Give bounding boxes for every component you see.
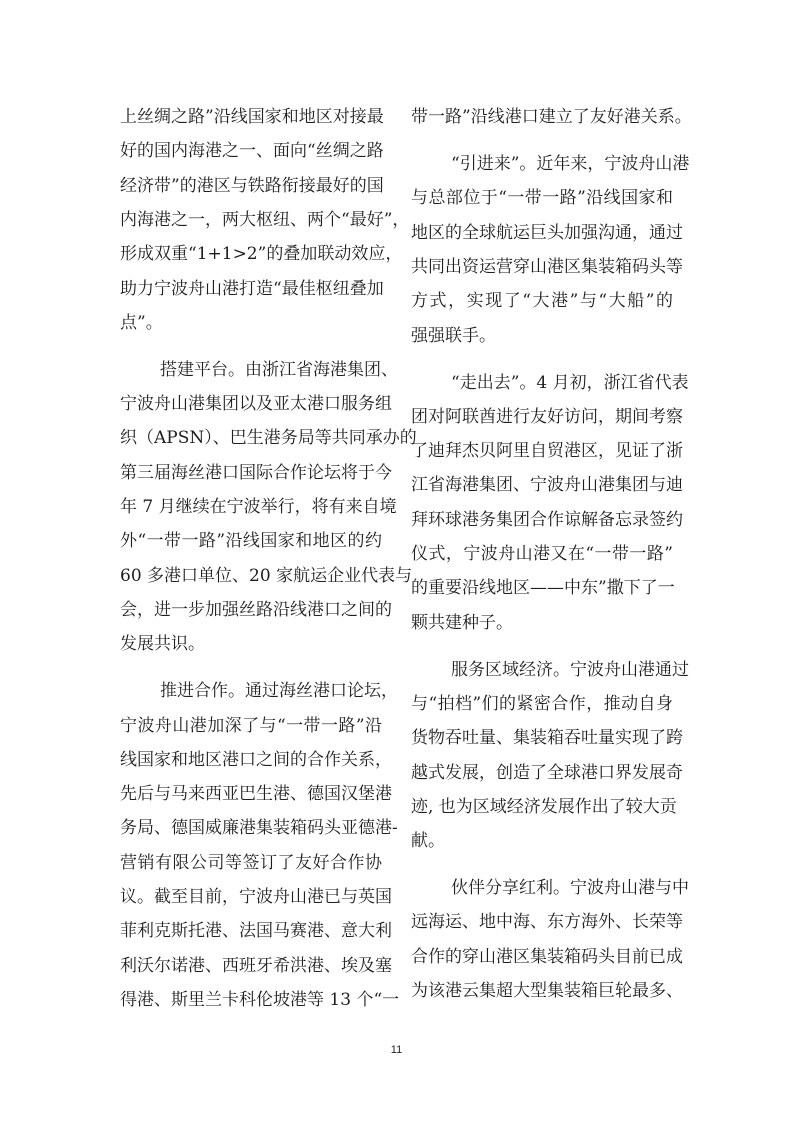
text-line: 了迪拜杰贝阿里自贸港区，见证了浙: [411, 439, 673, 463]
text-line: 点”。: [120, 311, 382, 335]
text-line: 内海港之一，两大枢纽、两个“最好”，: [120, 208, 382, 232]
text-line: 共同出资运营穿山港区集装箱码头等: [411, 255, 673, 279]
text-line: 年 7 月继续在宁波举行，将有来自境: [120, 495, 382, 519]
text-line: 经济带”的港区与铁路衔接最好的国: [120, 174, 382, 198]
text-line: 好的国内海港之一、面向“丝绸之路: [120, 139, 382, 163]
text-line: 拜环球港务集团合作谅解备忘录签约: [411, 508, 673, 532]
text-line: 江省海港集团、宁波舟山港集团与迪: [411, 473, 673, 497]
text-line: 仪式，宁波舟山港又在“一带一路”: [411, 542, 673, 566]
text-line: 强强联手。: [411, 324, 673, 348]
text-line: 上丝绸之路”沿线国家和地区对接最: [120, 105, 382, 129]
text-line: 发展共识。: [120, 632, 382, 656]
text-line: 合作的穿山港区集装箱码头目前已成: [411, 945, 673, 969]
document-page: 上丝绸之路”沿线国家和地区对接最好的国内海港之一、面向“丝绸之路经济带”的港区与…: [0, 0, 793, 1123]
text-line: “引进来”。近年来，宁波舟山港: [451, 152, 673, 176]
text-line: 地区的全球航运巨头加强沟通，通过: [411, 221, 673, 245]
text-line: 得港、斯里兰卡科伦坡港等 13 个“一: [120, 988, 382, 1012]
text-line: 搭建平台。由浙江省海港集团、: [160, 358, 382, 382]
text-line: 利沃尔诺港、西班牙希洪港、埃及塞: [120, 954, 382, 978]
text-line: 为该港云集超大型集装箱巨轮最多、: [411, 979, 673, 1003]
text-line: 带一路”沿线港口建立了友好港关系。: [411, 105, 673, 129]
text-line: 团对阿联酋进行友好访问，期间考察: [411, 405, 673, 429]
text-line: 迹, 也为区域经济发展作出了较大贡: [411, 795, 673, 819]
text-line: 外“一带一路”沿线国家和地区的约: [120, 529, 382, 553]
text-line: 货物吞吐量、集装箱吞吐量实现了跨: [411, 726, 673, 750]
text-line: 会，进一步加强丝路沿线港口之间的: [120, 598, 382, 622]
text-line: 推进合作。通过海丝港口论坛，: [160, 679, 382, 703]
text-line: 远海运、地中海、东方海外、长荣等: [411, 910, 673, 934]
text-line: 与总部位于“一带一路”沿线国家和: [411, 186, 673, 210]
text-line: 宁波舟山港加深了与“一带一路”沿: [120, 714, 382, 738]
text-line: 营销有限公司等签订了友好合作协: [120, 851, 382, 875]
text-line: 伙伴分享红利。宁波舟山港与中: [451, 876, 673, 900]
text-line: 务局、德国威廉港集装箱码头亚德港-: [120, 816, 382, 840]
text-line: 第三届海丝港口国际合作论坛将于今: [120, 461, 382, 485]
text-line: 线国家和地区港口之间的合作关系，: [120, 748, 382, 772]
text-line: “走出去”。4 月初，浙江省代表: [451, 371, 673, 395]
text-line: 织（APSN）、巴生港务局等共同承办的: [120, 426, 382, 450]
text-line: 服务区域经济。宁波舟山港通过: [451, 658, 673, 682]
text-line: 颗共建种子。: [411, 611, 673, 635]
text-line: 形成双重“1+1>2”的叠加联动效应，: [120, 242, 382, 266]
text-line: 的重要沿线地区——中东”撒下了一: [411, 576, 673, 600]
text-line: 菲利克斯托港、法国马赛港、意大利: [120, 919, 382, 943]
text-line: 越式发展，创造了全球港口界发展奇: [411, 761, 673, 785]
page-number: 11: [0, 1044, 793, 1056]
text-line: 与“拍档”们的紧密合作，推动自身: [411, 692, 673, 716]
text-line: 方式，实现了“大港”与“大船”的: [411, 289, 673, 313]
text-line: 议。截至目前，宁波舟山港已与英国: [120, 885, 382, 909]
text-line: 宁波舟山港集团以及亚太港口服务组: [120, 392, 382, 416]
text-line: 献。: [411, 829, 673, 853]
text-line: 助力宁波舟山港打造“最佳枢纽叠加: [120, 277, 382, 301]
text-line: 先后与马来西亚巴生港、德国汉堡港: [120, 782, 382, 806]
text-line: 60 多港口单位、20 家航运企业代表与: [120, 564, 382, 588]
